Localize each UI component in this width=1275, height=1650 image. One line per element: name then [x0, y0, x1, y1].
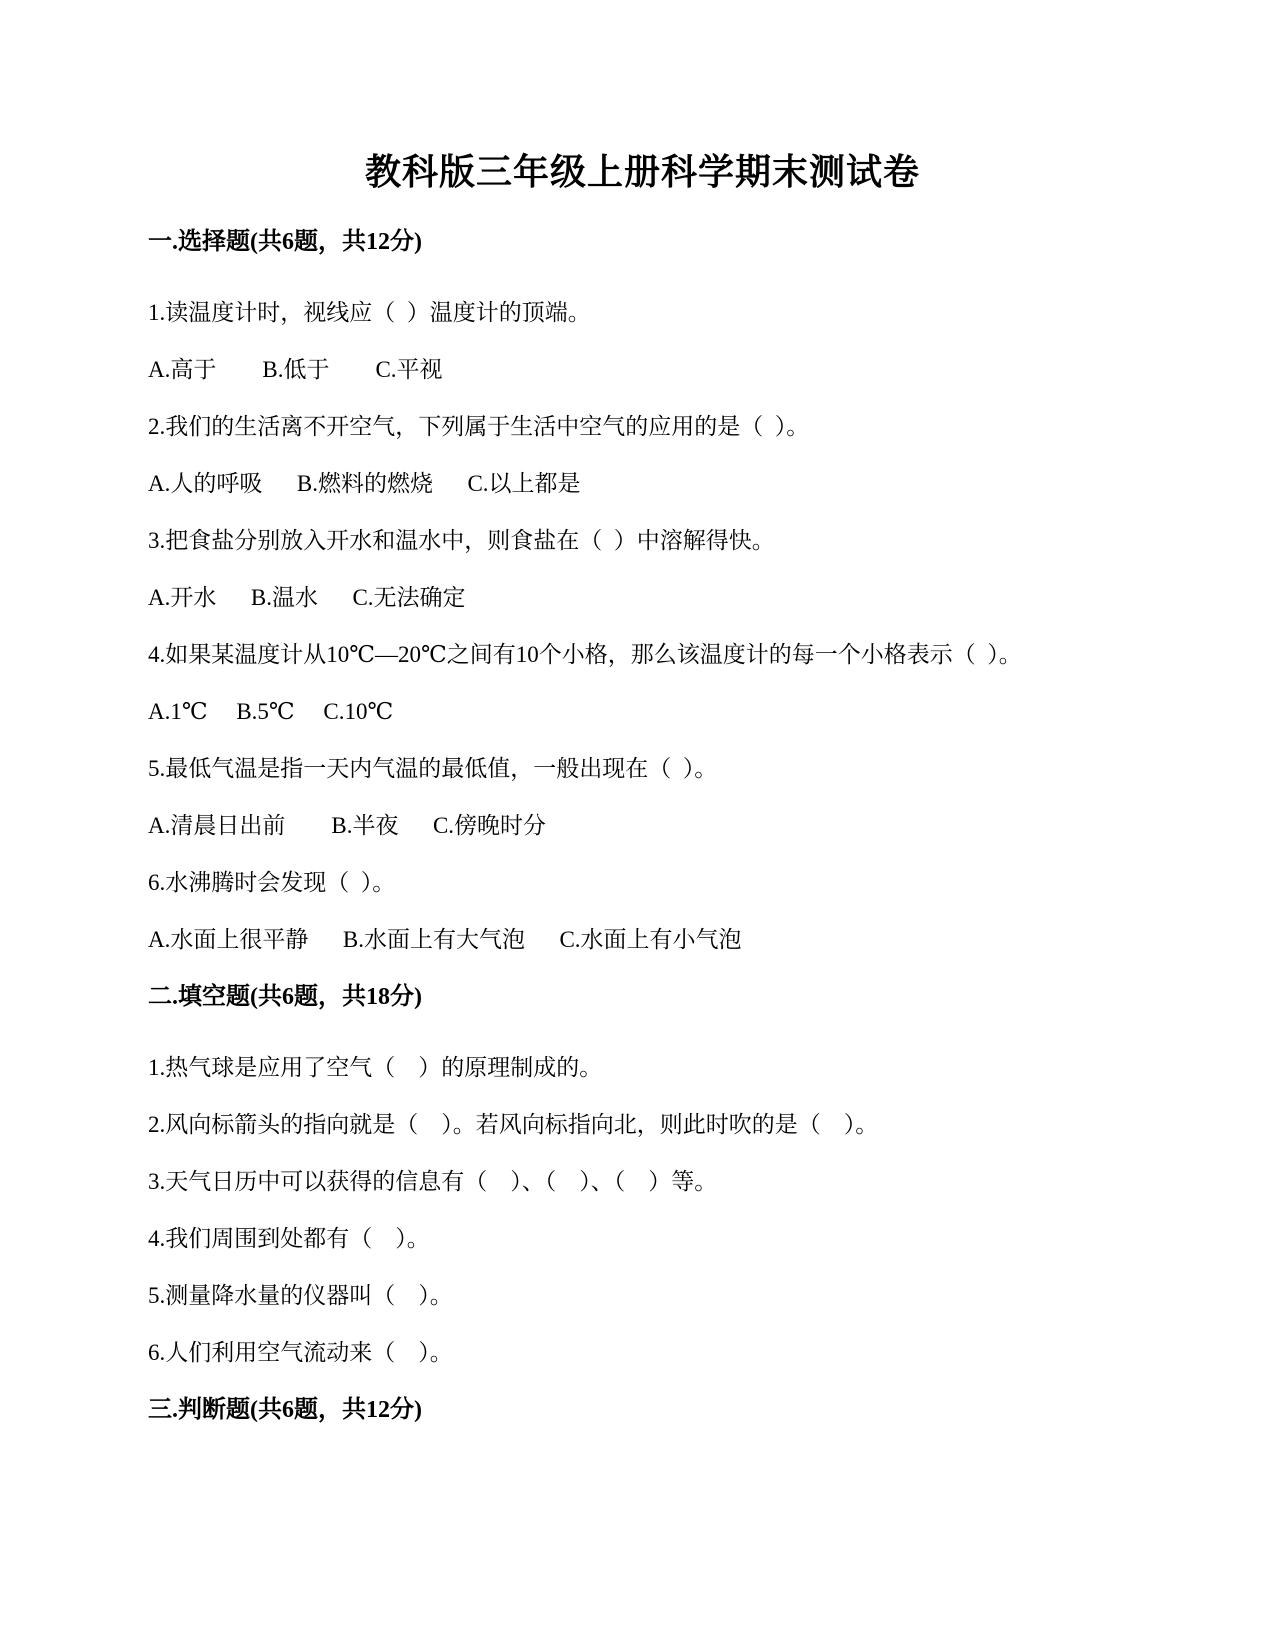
section-heading-true-false: 三.判断题(共6题，共12分)	[148, 1397, 1137, 1423]
question-line: 4.如果某温度计从10℃—20℃之间有10个小格，那么该温度计的每一个小格表示（…	[148, 642, 1137, 667]
section-heading-fill-blank: 二.填空题(共6题，共18分)	[148, 984, 1137, 1010]
options-line: A.高于 B.低于 C.平视	[148, 357, 1137, 382]
question-line: 2.我们的生活离不开空气，下列属于生活中空气的应用的是（ ）。	[148, 414, 1137, 439]
question-line: 1.读温度计时，视线应（ ）温度计的顶端。	[148, 300, 1137, 325]
options-line: A.开水 B.温水 C.无法确定	[148, 585, 1137, 610]
question-line: 1.热气球是应用了空气（ ）的原理制成的。	[148, 1055, 1137, 1080]
question-line: 6.水沸腾时会发现（ ）。	[148, 870, 1137, 895]
section-heading-choice: 一.选择题(共6题，共12分)	[148, 229, 1137, 255]
exam-paper-page: 教科版三年级上册科学期末测试卷 一.选择题(共6题，共12分) 1.读温度计时，…	[0, 0, 1275, 1650]
question-line: 3.把食盐分别放入开水和温水中，则食盐在（ ）中溶解得快。	[148, 528, 1137, 553]
options-line: A.1℃ B.5℃ C.10℃	[148, 699, 1137, 724]
question-line: 4.我们周围到处都有（ ）。	[148, 1226, 1137, 1251]
options-line: A.人的呼吸 B.燃料的燃烧 C.以上都是	[148, 471, 1137, 496]
question-line: 6.人们利用空气流动来（ ）。	[148, 1340, 1137, 1365]
question-line: 2.风向标箭头的指向就是（ ）。若风向标指向北，则此时吹的是（ ）。	[148, 1112, 1137, 1137]
question-line: 5.最低气温是指一天内气温的最低值，一般出现在（ ）。	[148, 756, 1137, 781]
options-line: A.水面上很平静 B.水面上有大气泡 C.水面上有小气泡	[148, 927, 1137, 952]
page-title: 教科版三年级上册科学期末测试卷	[148, 150, 1137, 194]
question-line: 3.天气日历中可以获得的信息有（ ）、（ ）、（ ）等。	[148, 1169, 1137, 1194]
question-line: 5.测量降水量的仪器叫（ ）。	[148, 1283, 1137, 1308]
options-line: A.清晨日出前 B.半夜 C.傍晚时分	[148, 813, 1137, 838]
